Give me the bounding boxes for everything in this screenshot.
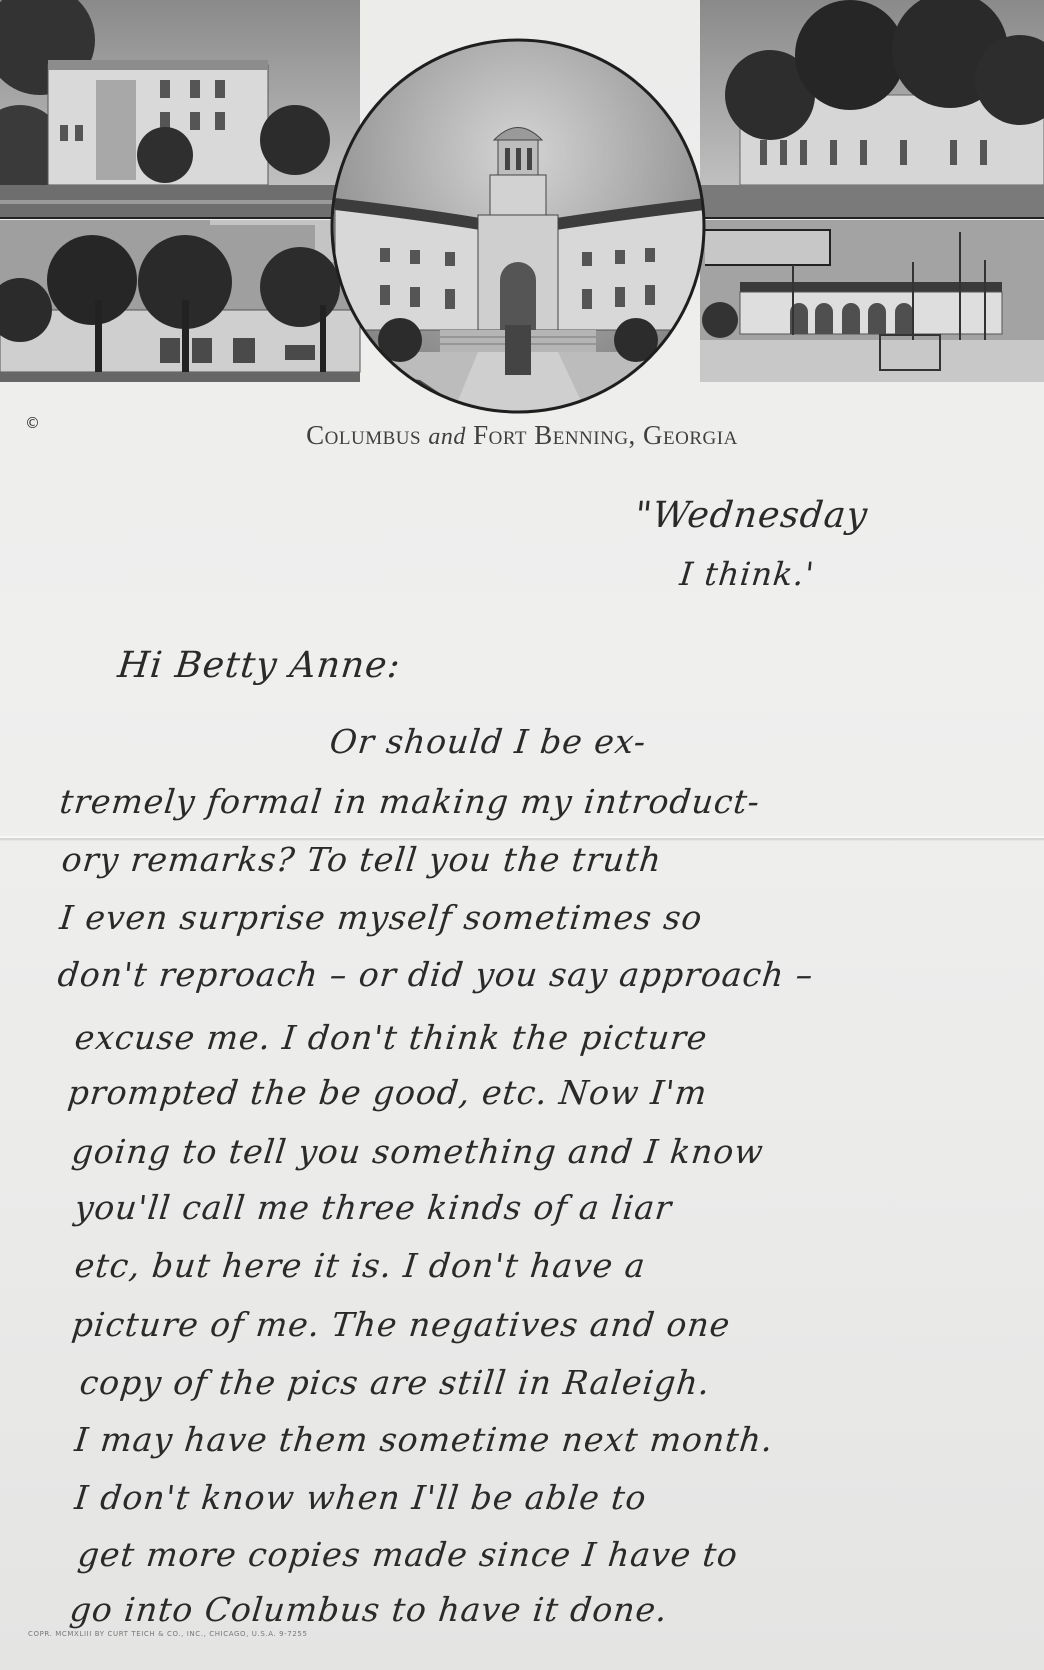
scene-top-left bbox=[0, 0, 360, 218]
scene-bottom-left bbox=[0, 220, 360, 382]
letter-line: I may have them sometime next month. bbox=[73, 1420, 775, 1459]
letter-line: picture of me. The negatives and one bbox=[70, 1305, 732, 1344]
letter-line: going to tell you something and I know bbox=[70, 1132, 766, 1171]
letter-line: you'll call me three kinds of a liar bbox=[73, 1188, 674, 1227]
letter-line: etc, but here it is. I don't have a bbox=[73, 1246, 648, 1285]
scene-bottom-right bbox=[700, 220, 1044, 382]
letter-line: get more copies made since I have to bbox=[76, 1535, 740, 1574]
letter-line: prompted the be good, etc. Now I'm bbox=[66, 1073, 709, 1112]
letter-line: ory remarks? To tell you the truth bbox=[60, 840, 664, 879]
letter-line: don't reproach – or did you say approach… bbox=[56, 955, 816, 994]
letterhead-illustration bbox=[0, 0, 1044, 420]
printer-credit: COPR. MCMXLIII BY CURT TEICH & CO., INC.… bbox=[28, 1630, 308, 1638]
scene-center-medallion bbox=[330, 39, 710, 420]
letterhead-title: Columbus and Fort Benning, Georgia bbox=[0, 420, 1044, 451]
title-fort-benning: Fort Benning, Georgia bbox=[473, 420, 738, 450]
title-columbus: Columbus bbox=[306, 420, 421, 450]
letter-line: Or should I be ex- bbox=[328, 722, 648, 761]
date-line-2: I think.' bbox=[678, 555, 816, 593]
letter-line: I even surprise myself sometimes so bbox=[58, 898, 705, 937]
scene-top-right bbox=[700, 0, 1044, 218]
letter-line: tremely formal in making my introduct- bbox=[58, 782, 762, 821]
title-and: and bbox=[428, 424, 466, 450]
salutation: Hi Betty Anne: bbox=[116, 645, 403, 686]
letter-line: excuse me. I don't think the picture bbox=[73, 1018, 710, 1057]
date-line-1: "Wednesday bbox=[633, 495, 870, 536]
letter-line: I don't know when I'll be able to bbox=[73, 1478, 649, 1517]
letter-line: copy of the pics are still in Raleigh. bbox=[78, 1363, 712, 1402]
letter-line: go into Columbus to have it done. bbox=[68, 1590, 670, 1629]
